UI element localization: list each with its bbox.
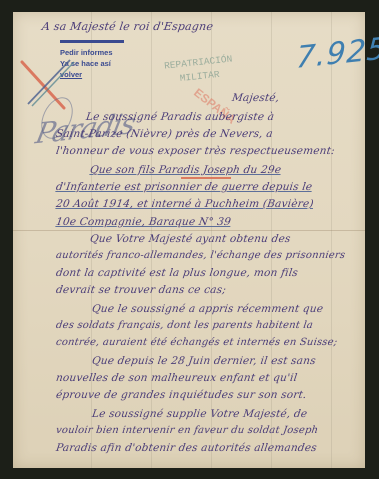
body-line: nouvelles de son malheureux enfant et qu… (55, 372, 298, 384)
body-line: Saint-Parize (Nièvre) près de Nevers, a (55, 128, 273, 140)
red-pencil-underline (181, 177, 231, 179)
paper-rule (331, 12, 332, 468)
body-line: dont la captivité est la plus longue, mo… (55, 267, 299, 279)
body-line: Que le soussigné a appris récemment que (91, 303, 324, 315)
body-line: éprouve de grandes inquiétudes sur son s… (55, 389, 307, 401)
body-line: Que son fils Paradis Joseph du 29e (89, 164, 282, 176)
body-line: d'Infanterie est prisonnier de guerre de… (55, 181, 313, 193)
salutation: Majesté, (231, 92, 280, 104)
body-line: Le soussigné supplie Votre Majesté, de (91, 408, 308, 420)
body-line: des soldats français, dont les parents h… (55, 320, 313, 331)
body-line: l'honneur de vous exposer très respectue… (55, 145, 335, 157)
body-line: Le soussigné Paradis aubergiste à (85, 111, 275, 123)
body-line: 20 Août 1914, et interné à Puchheim (Bav… (55, 198, 314, 210)
paper-fold (13, 230, 365, 231)
body-line: Que Votre Majesté ayant obtenu des (89, 233, 291, 245)
body-line: devrait se trouver dans ce cas; (55, 284, 227, 296)
body-line: Paradis afin d'obtenir des autorités all… (55, 442, 317, 454)
stamp-bar (60, 40, 124, 43)
addressee: A sa Majesté le roi d'Espagne (41, 20, 214, 33)
stamp-line: Pedir informes (60, 47, 126, 58)
body-line: vouloir bien intervenir en faveur du sol… (55, 425, 319, 436)
body-line: 10e Compagnie, Baraque N° 39 (55, 216, 232, 228)
body-line: contrée, auraient été échangés et intern… (55, 337, 338, 348)
body-line: autorités franco-allemandes, l'échange d… (55, 250, 346, 261)
body-line: Que depuis le 28 Juin dernier, il est sa… (91, 355, 316, 367)
